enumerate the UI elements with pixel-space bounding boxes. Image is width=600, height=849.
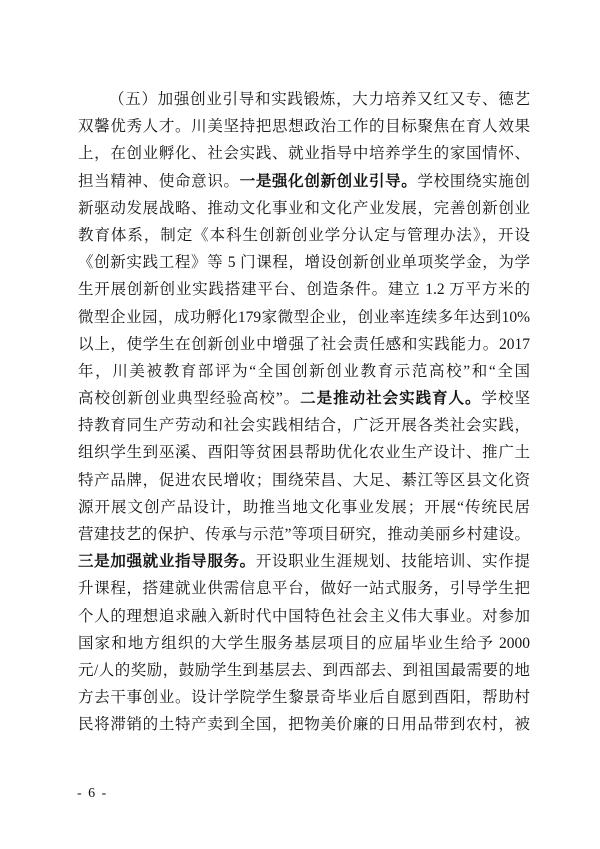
text-line: 《创新实践工程》等 5 门课程，增设创新创业单项奖学金，为学 xyxy=(78,249,530,276)
text-run: 新驱动发展战略、推动文化事业和文化产业发展，完善创新创业 xyxy=(78,200,530,217)
page-number: - 6 - xyxy=(77,786,108,802)
text-run: 学校围绕实施创 xyxy=(417,173,530,190)
text-run: 《创新实践工程》等 5 门课程，增设创新创业单项奖学金，为学 xyxy=(78,254,530,271)
document-body: （五）加强创业引导和实践锻炼，大力培养又红又专、德艺双馨优秀人才。川美坚持把思想… xyxy=(78,86,530,739)
text-run: 高校创新创业典型经验高校”。 xyxy=(78,390,300,407)
text-run: 个人的理想追求融入新时代中国特色社会主义伟大事业。对参加 xyxy=(78,608,530,625)
text-run: 生开展创新创业实践搭建平台、创造条件。建立 1.2 万平方米的 xyxy=(78,281,530,298)
document-page: （五）加强创业引导和实践锻炼，大力培养又红又专、德艺双馨优秀人才。川美坚持把思想… xyxy=(0,0,600,849)
text-line: 上，在创业孵化、社会实践、就业指导中培养学生的家国情怀、 xyxy=(78,140,530,167)
text-run: 源开展文创产品设计，助推当地文化事业发展；开展“传统民居 xyxy=(78,499,530,516)
text-line: 个人的理想追求融入新时代中国特色社会主义伟大事业。对参加 xyxy=(78,603,530,630)
text-line: 民将滞销的土特产卖到全国，把物美价廉的日用品带到农村，被 xyxy=(78,711,530,738)
text-run: 元/人的奖励，鼓励学生到基层去、到西部去、到祖国最需要的地 xyxy=(78,662,530,679)
text-line: 元/人的奖励，鼓励学生到基层去、到西部去、到祖国最需要的地 xyxy=(78,657,530,684)
text-line: 升课程，搭建就业供需信息平台，做好一站式服务，引导学生把 xyxy=(78,575,530,602)
text-run: 双馨优秀人才。川美坚持把思想政治工作的目标聚焦在育人效果 xyxy=(78,118,530,135)
text-run: 教育体系，制定《本科生创新创业学分认定与管理办法》，开设 xyxy=(78,227,530,244)
text-line: 营建技艺的保护、传承与示范”等项目研究，推动美丽乡村建设。 xyxy=(78,521,530,548)
text-run: 民将滞销的土特产卖到全国，把物美价廉的日用品带到农村，被 xyxy=(78,716,530,733)
text-run: 持教育同生产劳动和社会实践相结合，广泛开展各类社会实践， xyxy=(78,417,530,434)
text-line: 年，川美被教育部评为“全国创新创业教育示范高校”和“全国 xyxy=(78,358,530,385)
text-run: 营建技艺的保护、传承与示范”等项目研究，推动美丽乡村建设。 xyxy=(78,526,530,543)
text-line: 方去干事创业。设计学院学生黎景奇毕业后自愿到酉阳，帮助村 xyxy=(78,684,530,711)
text-line: 教育体系，制定《本科生创新创业学分认定与管理办法》，开设 xyxy=(78,222,530,249)
text-line: 三是加强就业指导服务。开设职业生涯规划、技能培训、实作提 xyxy=(78,548,530,575)
text-line: 源开展文创产品设计，助推当地文化事业发展；开展“传统民居 xyxy=(78,494,530,521)
text-line: 特产品牌，促进农民增收；围绕荣昌、大足、綦江等区县文化资 xyxy=(78,467,530,494)
text-run: 微型企业园，成功孵化179家微型企业，创业率连续多年达到10% xyxy=(78,309,530,326)
text-run: （五）加强创业引导和实践锻炼，大力培养又红又专、德艺 xyxy=(109,91,530,108)
bold-text-run: 一是强化创新创业引导。 xyxy=(240,173,418,190)
text-line: （五）加强创业引导和实践锻炼，大力培养又红又专、德艺 xyxy=(78,86,530,113)
text-run: 方去干事创业。设计学院学生黎景奇毕业后自愿到酉阳，帮助村 xyxy=(78,689,530,706)
text-line: 担当精神、使命意识。一是强化创新创业引导。学校围绕实施创 xyxy=(78,168,530,195)
text-run: 组织学生到巫溪、酉阳等贫困县帮助优化农业生产设计、推广土 xyxy=(78,444,530,461)
bold-text-run: 三是加强就业指导服务。 xyxy=(78,553,256,570)
text-line: 生开展创新创业实践搭建平台、创造条件。建立 1.2 万平方米的 xyxy=(78,276,530,303)
text-run: 学校坚 xyxy=(482,390,530,407)
text-line: 持教育同生产劳动和社会实践相结合，广泛开展各类社会实践， xyxy=(78,412,530,439)
text-line: 以上，使学生在创新创业中增强了社会责任感和实践能力。2017 xyxy=(78,331,530,358)
text-run: 国家和地方组织的大学生服务基层项目的应届毕业生给予 2000 xyxy=(78,635,530,652)
text-line: 组织学生到巫溪、酉阳等贫困县帮助优化农业生产设计、推广土 xyxy=(78,439,530,466)
text-line: 国家和地方组织的大学生服务基层项目的应届毕业生给予 2000 xyxy=(78,630,530,657)
text-run: 担当精神、使命意识。 xyxy=(78,173,240,190)
bold-text-run: 二是推动社会实践育人。 xyxy=(300,390,481,407)
text-run: 以上，使学生在创新创业中增强了社会责任感和实践能力。2017 xyxy=(78,336,530,353)
text-run: 升课程，搭建就业供需信息平台，做好一站式服务，引导学生把 xyxy=(78,580,530,597)
text-line: 新驱动发展战略、推动文化事业和文化产业发展，完善创新创业 xyxy=(78,195,530,222)
text-line: 微型企业园，成功孵化179家微型企业，创业率连续多年达到10% xyxy=(78,304,530,331)
text-run: 上，在创业孵化、社会实践、就业指导中培养学生的家国情怀、 xyxy=(78,145,530,162)
text-run: 年，川美被教育部评为“全国创新创业教育示范高校”和“全国 xyxy=(78,363,530,380)
text-line: 双馨优秀人才。川美坚持把思想政治工作的目标聚焦在育人效果 xyxy=(78,113,530,140)
text-line: 高校创新创业典型经验高校”。二是推动社会实践育人。学校坚 xyxy=(78,385,530,412)
text-run: 开设职业生涯规划、技能培训、实作提 xyxy=(256,553,530,570)
text-run: 特产品牌，促进农民增收；围绕荣昌、大足、綦江等区县文化资 xyxy=(78,472,530,489)
